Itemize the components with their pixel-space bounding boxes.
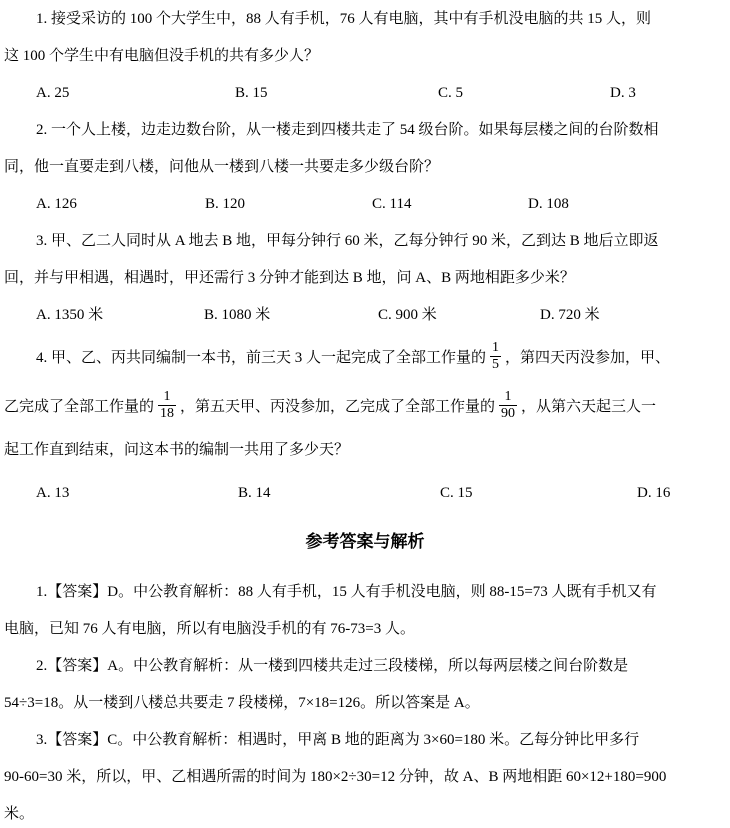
question-4-line-1-text: 4. 甲、乙、丙共同编制一本书，前三天 3 人一起完成了全部工作量的 — [36, 350, 486, 366]
question-4-line-2-text-mid: ，第五天甲、丙没参加，乙完成了全部工作量的 — [180, 399, 495, 415]
answer-3-line-3: 米。 — [0, 796, 730, 828]
answer-2-line-1: 2.【答案】A。中公教育解析：从一楼到四楼共走过三段楼梯，所以每两层楼之间台阶数… — [0, 648, 730, 685]
question-3-option-b: B. 1080 米 — [204, 297, 270, 334]
answer-3-line-2: 90-60=30 米，所以，甲、乙相遇所需的时间为 180×2÷30=12 分钟… — [0, 759, 730, 796]
question-2-option-a: A. 126 — [36, 186, 77, 223]
question-4-line-2-text: 乙完成了全部工作量的 — [4, 399, 154, 415]
answers-section-title: 参考答案与解析 — [0, 522, 730, 562]
fraction-numerator: 1 — [490, 340, 501, 357]
question-3-option-d: D. 720 米 — [540, 297, 600, 334]
fraction-denominator: 18 — [158, 406, 176, 422]
question-2-line-2: 同，他一直要走到八楼，问他从一楼到八楼一共要走多少级台阶？ — [0, 149, 730, 186]
fraction-numerator: 1 — [499, 389, 517, 406]
question-3-option-a: A. 1350 米 — [36, 297, 103, 334]
fraction-denominator: 90 — [499, 406, 517, 422]
question-4-line-2: 乙完成了全部工作量的118，第五天甲、丙没参加，乙完成了全部工作量的190，从第… — [0, 382, 730, 432]
fraction-one-ninetieth: 190 — [499, 389, 517, 422]
question-3-line-1: 3. 甲、乙二人同时从 A 地去 B 地，甲每分钟行 60 米，乙每分钟行 90… — [0, 223, 730, 260]
question-4-option-d: D. 16 — [637, 475, 670, 512]
question-2-option-d: D. 108 — [528, 186, 569, 223]
question-1-line-1: 1. 接受采访的 100 个大学生中，88 人有手机，76 人有电脑，其中有手机… — [0, 1, 730, 38]
question-4-option-a: A. 13 — [36, 475, 69, 512]
answer-3-line-1: 3.【答案】C。中公教育解析：相遇时，甲离 B 地的距离为 3×60=180 米… — [0, 722, 730, 759]
question-4-line-1-text-after: ，第四天丙没参加，甲、 — [505, 350, 670, 366]
document-page: 1. 接受采访的 100 个大学生中，88 人有手机，76 人有电脑，其中有手机… — [0, 0, 730, 828]
answer-1-line-2: 电脑，已知 76 人有电脑，所以有电脑没手机的有 76-73=3 人。 — [0, 611, 730, 648]
answer-2-line-2: 54÷3=18。从一楼到八楼总共要走 7 段楼梯，7×18=126。所以答案是 … — [0, 685, 730, 722]
question-3-options: A. 1350 米 B. 1080 米 C. 900 米 D. 720 米 — [0, 297, 730, 334]
question-1-option-a: A. 25 — [36, 75, 69, 112]
question-4-line-1: 4. 甲、乙、丙共同编制一本书，前三天 3 人一起完成了全部工作量的15，第四天… — [0, 334, 730, 382]
question-1-line-2: 这 100 个学生中有电脑但没手机的共有多少人？ — [0, 38, 730, 75]
question-1-options: A. 25 B. 15 C. 5 D. 3 — [0, 75, 730, 112]
question-2-options: A. 126 B. 120 C. 114 D. 108 — [0, 186, 730, 223]
question-3-line-2: 回，并与甲相遇，相遇时，甲还需行 3 分钟才能到达 B 地，问 A、B 两地相距… — [0, 260, 730, 297]
question-4-line-2-text-after: ，从第六天起三人一 — [521, 399, 656, 415]
fraction-numerator: 1 — [158, 389, 176, 406]
question-1-option-d: D. 3 — [610, 75, 636, 112]
question-4-option-b: B. 14 — [238, 475, 271, 512]
question-3-option-c: C. 900 米 — [378, 297, 437, 334]
fraction-one-fifth: 15 — [490, 340, 501, 373]
question-4-options: A. 13 B. 14 C. 15 D. 16 — [0, 475, 730, 512]
question-4-line-3: 起工作直到结束，问这本书的编制一共用了多少天？ — [0, 432, 730, 469]
question-2-line-1: 2. 一个人上楼，边走边数台阶，从一楼走到四楼共走了 54 级台阶。如果每层楼之… — [0, 112, 730, 149]
fraction-one-eighteenth: 118 — [158, 389, 176, 422]
answer-1-line-1: 1.【答案】D。中公教育解析：88 人有手机，15 人有手机没电脑，则 88-1… — [0, 574, 730, 611]
question-1-option-c: C. 5 — [438, 75, 463, 112]
question-2-option-b: B. 120 — [205, 186, 245, 223]
question-1-option-b: B. 15 — [235, 75, 268, 112]
question-2-option-c: C. 114 — [372, 186, 411, 223]
fraction-denominator: 5 — [490, 357, 501, 373]
question-4-option-c: C. 15 — [440, 475, 473, 512]
